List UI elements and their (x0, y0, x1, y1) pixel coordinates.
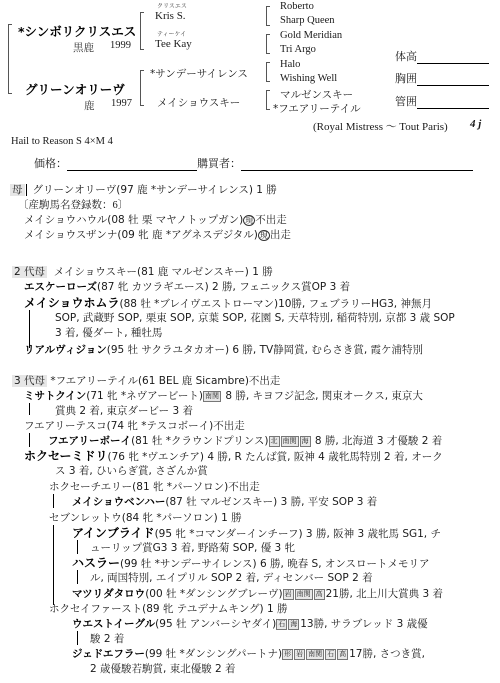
sire-dam-name: Tee Kay (155, 38, 192, 50)
lineage-line (29, 310, 30, 348)
entry-row: エスケーローズ(87 牝 カツラギエース) 2 勝, フェニックス賞OP 3 着 (24, 281, 350, 294)
lineage-line (77, 570, 78, 584)
dam-line: 母グリーンオリーヴ(97 鹿 *サンデーサイレンス) 1 勝 (10, 184, 277, 197)
horse-name: ホクセーミドリ (24, 449, 108, 463)
dam-detail: グリーンオリーヴ(97 鹿 *サンデーサイレンス) 1 勝 (33, 184, 277, 196)
lineage-line (53, 525, 54, 605)
region-badge: 高 (337, 649, 348, 660)
entry-row: ハスラー(99 牡 *サンデーサイレンス) 6 勝, 晩春 S, オンスロートメ… (72, 557, 429, 571)
horse-detail: (89 牝 テユデナムキング) 1 勝 (142, 603, 287, 615)
entry-row: ジェドエフラー(99 牡 *ダンシングパートナ)形岩南関石高17勝, さつき賞, (72, 648, 425, 661)
pedigree-brace-dam (140, 70, 144, 106)
gen3-ancestor: Gold Meridian (280, 30, 342, 41)
sire-color: 黒鹿 (73, 40, 94, 55)
horse-detail-2: 21勝, 北上川大賞典 3 着 (326, 588, 443, 600)
offspring-detail: メイショウハウル(08 牡 栗 マヤノトップガン) (24, 214, 243, 226)
current-mark: 現 (243, 215, 255, 226)
horse-detail: (71 牝 *ネヴアービート) (86, 390, 203, 402)
horse-detail: (76 牝 *ヴエンチア) 4 勝, R たんば賞, 阪神 4 歳牝馬特別 2 … (108, 451, 443, 463)
gen3-ancestor: Sharp Queen (280, 15, 335, 26)
horse-detail: (84 牝 *パーソロン) 1 勝 (122, 512, 242, 524)
dam-name: グリーンオリーヴ (25, 80, 125, 98)
dam-tag: 母 (10, 184, 25, 196)
horse-detail: (00 牡 *ダンシングブレーヴ) (145, 588, 282, 600)
lineage-line (53, 494, 54, 508)
height-field[interactable]: 体高 (395, 48, 489, 64)
horse-detail: (99 牡 *サンデーサイレンス) 6 勝, 晩春 S, オンスロートメモリア (120, 558, 429, 570)
chest-label: 胸囲 (395, 72, 417, 85)
entry-continuation: 駿 2 着 (90, 633, 124, 646)
entry-continuation: SOP, 武蔵野 SOP, 栗東 SOP, 京葉 SOP, 花園 S, 天草特別… (55, 312, 455, 325)
horse-detail: (99 牡 *ダンシングパートナ) (145, 648, 282, 660)
horse-detail-2: 17勝, さつき賞, (349, 648, 425, 660)
region-badge: 北 (269, 436, 280, 447)
registered-count: 〔産駒馬名登録数：6〕 (18, 199, 128, 212)
gen3-ancestor: Roberto (280, 1, 314, 12)
horse-detail: (95 牡 アンバーシヤダイ) (155, 618, 276, 630)
horse-detail: (81 牝 *パーソロン)不出走 (132, 481, 260, 493)
cannon-field[interactable]: 管囲 (395, 93, 489, 109)
family-number: 4 j (470, 118, 481, 130)
horse-name: ホクセーチエリー (49, 481, 132, 493)
horse-detail-2: 13勝, サラブレッド 3 歳優 (300, 618, 427, 630)
entry-row: ウエストイーグル(95 牡 アンバーシヤダイ)石海13勝, サラブレッド 3 歳… (72, 618, 428, 631)
gen3-note: (Royal Mistress ～ Tout Paris) (313, 118, 448, 134)
region-badge: 高 (314, 589, 325, 600)
horse-name: ウエストイーグル (72, 618, 155, 630)
horse-detail: (95 牡 サクラユタカオー) 6 勝, TV静岡賞, むらさき賞, 霞ケ浦特別 (107, 344, 423, 356)
region-badge: 形 (282, 649, 293, 660)
region-badge: 南関 (281, 436, 299, 447)
entry-continuation: 3 着, 優ダート, 種牡馬 (55, 327, 162, 340)
height-input[interactable] (417, 51, 489, 64)
entry-row: ホクセイファースト(89 牝 テユデナムキング) 1 勝 (49, 603, 287, 616)
gen3-brace-4 (266, 90, 270, 110)
lineage-line (29, 403, 30, 415)
entry-row: ホクセーミドリ(76 牝 *ヴエンチア) 4 勝, R たんば賞, 阪神 4 歳… (24, 450, 443, 464)
entry-row: ホクセーチエリー(81 牝 *パーソロン)不出走 (49, 481, 260, 494)
chest-input[interactable] (417, 73, 489, 86)
horse-name: フエアリーボーイ (48, 435, 131, 447)
gen3-brace-2 (266, 34, 270, 54)
entry-continuation: ス 3 着, ひいらぎ賞, さざんか賞 (55, 465, 208, 478)
dam-year: 1997 (111, 98, 132, 109)
sire-year: 1999 (110, 40, 131, 51)
offspring-detail: メイショウスザンナ(09 牝 鹿 *アグネスデジタル) (24, 229, 258, 241)
entry-row: メイショウホムラ(88 牡 *ブレイヴエストローマン)10勝, フェブラリーHG… (24, 297, 432, 311)
lineage-line (29, 433, 30, 447)
entry-row: フエアリーテスコ(74 牝 *テスコボーイ)不出走 (24, 420, 245, 433)
dam-color: 鹿 (84, 98, 95, 113)
offspring-row: メイショウスザンナ(09 牝 鹿 *アグネスデジタル)現出走 (24, 229, 291, 242)
gen3-ancestor: Halo (280, 59, 300, 70)
region-badge: 石 (276, 619, 287, 630)
horse-name: アインブライド (72, 526, 155, 540)
horse-name: エスケーローズ (24, 281, 97, 293)
third-dam-tag: 3 代母 (12, 375, 47, 387)
entry-continuation: ューリップ賞G3 3 着, 野路菊 SOP, 優 3 牝 (90, 542, 295, 555)
entry-continuation: 2 歳優駿若駒賞, 東北優駿 2 着 (90, 663, 236, 676)
buyer-label: 購買者： (197, 157, 241, 170)
third-dam-line: 3 代母 *フエアリーテイル(61 BEL 鹿 Sicambre)不出走 (12, 375, 280, 388)
entry-row: フエアリーボーイ(81 牡 *クラウンドプリンス)北南関海 8 勝, 北海道 3… (48, 435, 442, 448)
buyer-input[interactable] (241, 157, 473, 171)
horse-detail: (95 牝 *コマンダーインチーフ) 3 勝, 阪神 3 歳牝馬 SG1, チ (155, 528, 441, 540)
horse-name: フエアリーテスコ (24, 420, 107, 432)
horse-name: メイショウホムラ (24, 296, 120, 310)
region-badge: 南関 (203, 391, 221, 402)
horse-name: リアルヴィジョン (24, 344, 107, 356)
sire-sire-name: Kris S. (155, 10, 186, 22)
region-badge: 海 (288, 619, 299, 630)
horse-detail: (74 牝 *テスコボーイ)不出走 (107, 420, 245, 432)
entry-row: マツリダタロウ(00 牡 *ダンシングブレーヴ)岩南関高21勝, 北上川大賞典 … (72, 588, 443, 601)
entry-row: アインブライド(95 牝 *コマンダーインチーフ) 3 勝, 阪神 3 歳牝馬 … (72, 527, 441, 541)
gen3-ancestor: マルゼンスキー (280, 87, 353, 102)
current-mark: 現 (258, 230, 270, 241)
inbreeding: Hail to Reason S 4×M 4 (11, 136, 113, 147)
horse-name: ジェドエフラー (72, 648, 145, 660)
region-badge: 岩 (283, 589, 294, 600)
offspring-row: メイショウハウル(08 牡 栗 マヤノトップガン)現不出走 (24, 214, 287, 227)
horse-name: ホクセイファースト (49, 603, 142, 615)
dam-sire-name: *サンデーサイレンス (150, 66, 248, 81)
entry-continuation: ル, 両国特別, エイプリル SOP 2 着, ディセンバー SOP 2 着 (90, 572, 373, 585)
region-badge: 南関 (306, 649, 324, 660)
entry-row: リアルヴィジョン(95 牡 サクラユタカオー) 6 勝, TV静岡賞, むらさき… (24, 344, 423, 357)
horse-name: メイショウベンハー (72, 496, 165, 508)
sale-line: 価格：購買者： (34, 155, 473, 171)
price-input[interactable] (67, 157, 197, 171)
third-dam-detail: *フエアリーテイル(61 BEL 鹿 Sicambre)不出走 (50, 375, 280, 387)
second-dam-tag: 2 代母 (12, 266, 47, 278)
offspring-status: 出走 (270, 229, 291, 241)
second-dam-line: 2 代母 メイショウスキー(81 鹿 マルゼンスキー) 1 勝 (12, 266, 273, 279)
gen3-ancestor: Tri Argo (280, 44, 316, 55)
region-badge: 岩 (294, 649, 305, 660)
entry-row: メイショウベンハー(87 牡 マルゼンスキー) 3 勝, 平安 SOP 3 着 (72, 496, 377, 509)
gen3-brace-1 (266, 6, 270, 26)
pedigree-brace-main (8, 24, 12, 94)
gen3-brace-3 (266, 62, 270, 82)
horse-name: ミサトクイン (24, 390, 86, 402)
gen3-ancestor: Wishing Well (280, 73, 337, 84)
height-label: 体高 (395, 50, 417, 63)
region-badge: 海 (300, 436, 311, 447)
price-label: 価格： (34, 157, 67, 170)
gen3-ancestor: *フエアリーテイル (273, 101, 361, 116)
horse-name: セブンレットウ (49, 512, 122, 524)
second-dam-detail: メイショウスキー(81 鹿 マルゼンスキー) 1 勝 (54, 266, 273, 278)
lineage-line (77, 540, 78, 554)
horse-name: ハスラー (72, 556, 120, 570)
region-badge: 石 (325, 649, 336, 660)
sire-name: *シンボリクリスエス (18, 22, 136, 40)
lineage-line (77, 631, 78, 645)
region-badge: 南関 (295, 589, 313, 600)
horse-detail: (87 牝 カツラギエース) 2 勝, フェニックス賞OP 3 着 (97, 281, 350, 293)
dam-dam-name: メイショウスキー (157, 95, 240, 110)
entry-continuation: 賞典 2 着, 東京ダービー 3 着 (55, 405, 193, 418)
entry-row: ミサトクイン(71 牝 *ネヴアービート)南関 8 勝, キヨフジ記念, 関東オ… (24, 390, 423, 403)
horse-detail-2: 8 勝, 北海道 3 才優駿 2 着 (312, 435, 443, 447)
horse-detail-2: 8 勝, キヨフジ記念, 関東オークス, 東京大 (222, 390, 423, 402)
horse-detail: (88 牡 *ブレイヴエストローマン)10勝, フェブラリーHG3, 神無月 (120, 298, 432, 310)
cannon-label: 管囲 (395, 95, 417, 108)
pedigree-brace-sire (140, 12, 144, 50)
offspring-status: 不出走 (255, 214, 287, 226)
chest-field[interactable]: 胸囲 (395, 70, 489, 86)
horse-detail: (87 牡 マルゼンスキー) 3 勝, 平安 SOP 3 着 (165, 496, 377, 508)
cannon-input[interactable] (417, 96, 489, 109)
entry-row: セブンレットウ(84 牝 *パーソロン) 1 勝 (49, 512, 242, 525)
horse-name: マツリダタロウ (72, 588, 145, 600)
horse-detail: (81 牡 *クラウンドプリンス) (131, 435, 268, 447)
